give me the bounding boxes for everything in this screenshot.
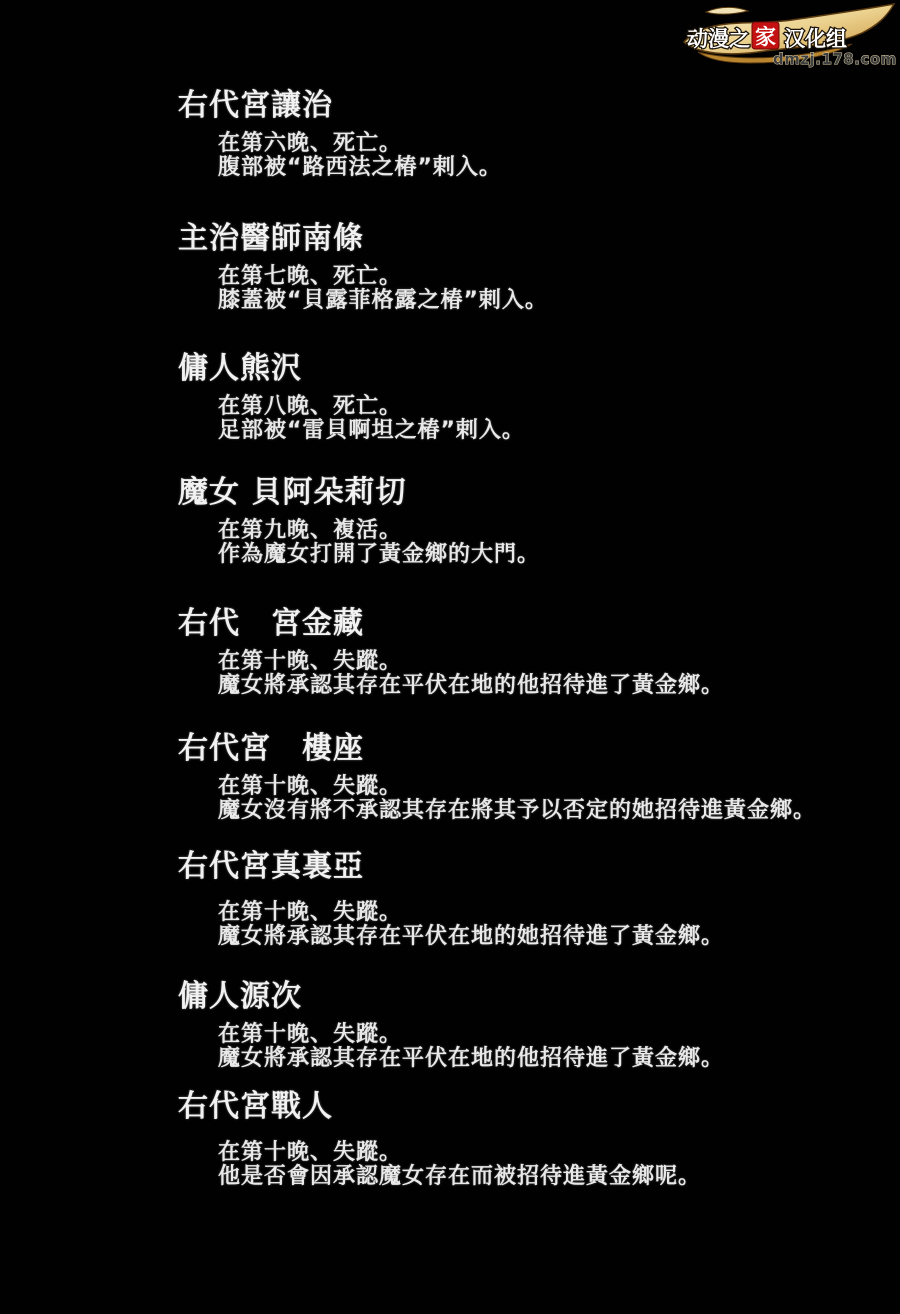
entry-servant-kumasawa: 傭人熊沢 在第八晚、死亡。 足部被“雷貝啊坦之椿”剌入。	[178, 352, 525, 443]
fate-line: 在第十晚、失蹤。	[218, 650, 724, 674]
fate-line: 魔女將承認其存在平伏在地的他招待進了黃金鄉。	[218, 674, 724, 698]
entry-doctor-nanjo: 主治醫師南條 在第七晚、死亡。 膝蓋被“貝露菲格露之椿”剌入。	[178, 222, 548, 313]
entry-servant-genji: 傭人源次 在第十晚、失蹤。 魔女將承認其存在平伏在地的他招待進了黃金鄉。	[178, 980, 724, 1071]
character-name: 傭人源次	[178, 980, 724, 1014]
character-name: 右代宮戰人	[178, 1090, 701, 1124]
fate-line: 魔女將承認其存在平伏在地的她招待進了黃金鄉。	[218, 925, 724, 949]
manga-page: 动漫之 家 汉化组 dmzj.178.com 右代宮讓治 在第六晚、死亡。 腹部…	[0, 0, 900, 1314]
fate-line: 膝蓋被“貝露菲格露之椿”剌入。	[218, 289, 548, 313]
fate-line: 魔女沒有將不承認其存在將其予以否定的她招待進黃金鄉。	[218, 799, 816, 823]
entry-ushiromiya-george: 右代宮讓治 在第六晚、死亡。 腹部被“路西法之椿”剌入。	[178, 89, 502, 180]
entry-ushiromiya-kinzo: 右代 宮金藏 在第十晚、失蹤。 魔女將承認其存在平伏在地的他招待進了黃金鄉。	[178, 607, 724, 698]
fate-line: 作為魔女打開了黃金鄉的大門。	[218, 543, 540, 567]
fate-line: 在第十晚、失蹤。	[218, 1141, 701, 1165]
character-name: 傭人熊沢	[178, 352, 525, 386]
fate-line: 在第九晚、複活。	[218, 519, 540, 543]
fate-line: 在第八晚、死亡。	[218, 395, 525, 419]
entry-ushiromiya-maria: 右代宮真裏亞 在第十晚、失蹤。 魔女將承認其存在平伏在地的她招待進了黃金鄉。	[178, 850, 724, 949]
fate-line: 在第七晚、死亡。	[218, 265, 548, 289]
fate-line: 在第六晚、死亡。	[218, 132, 502, 156]
fate-line: 在第十晚、失蹤。	[218, 1023, 724, 1047]
entry-witch-beatrice: 魔女 貝阿朵莉切 在第九晚、複活。 作為魔女打開了黃金鄉的大門。	[178, 476, 540, 567]
fate-line: 腹部被“路西法之椿”剌入。	[218, 156, 502, 180]
fate-line: 他是否會因承認魔女存在而被招待進黃金鄉呢。	[218, 1165, 701, 1189]
fate-line: 足部被“雷貝啊坦之椿”剌入。	[218, 419, 525, 443]
character-name: 右代 宮金藏	[178, 607, 724, 641]
character-name: 右代宮讓治	[178, 89, 502, 123]
entry-ushiromiya-battler: 右代宮戰人 在第十晚、失蹤。 他是否會因承認魔女存在而被招待進黃金鄉呢。	[178, 1090, 701, 1189]
fate-line: 魔女將承認其存在平伏在地的他招待進了黃金鄉。	[218, 1047, 724, 1071]
entry-ushiromiya-rosa: 右代宮 樓座 在第十晚、失蹤。 魔女沒有將不承認其存在將其予以否定的她招待進黃金…	[178, 732, 816, 823]
character-name: 主治醫師南條	[178, 222, 548, 256]
fate-line: 在第十晚、失蹤。	[218, 901, 724, 925]
character-fate-list: 右代宮讓治 在第六晚、死亡。 腹部被“路西法之椿”剌入。 主治醫師南條 在第七晚…	[0, 0, 900, 1314]
character-name: 右代宮 樓座	[178, 732, 816, 766]
fate-line: 在第十晚、失蹤。	[218, 775, 816, 799]
character-name: 右代宮真裏亞	[178, 850, 724, 884]
character-name: 魔女 貝阿朵莉切	[178, 476, 540, 510]
